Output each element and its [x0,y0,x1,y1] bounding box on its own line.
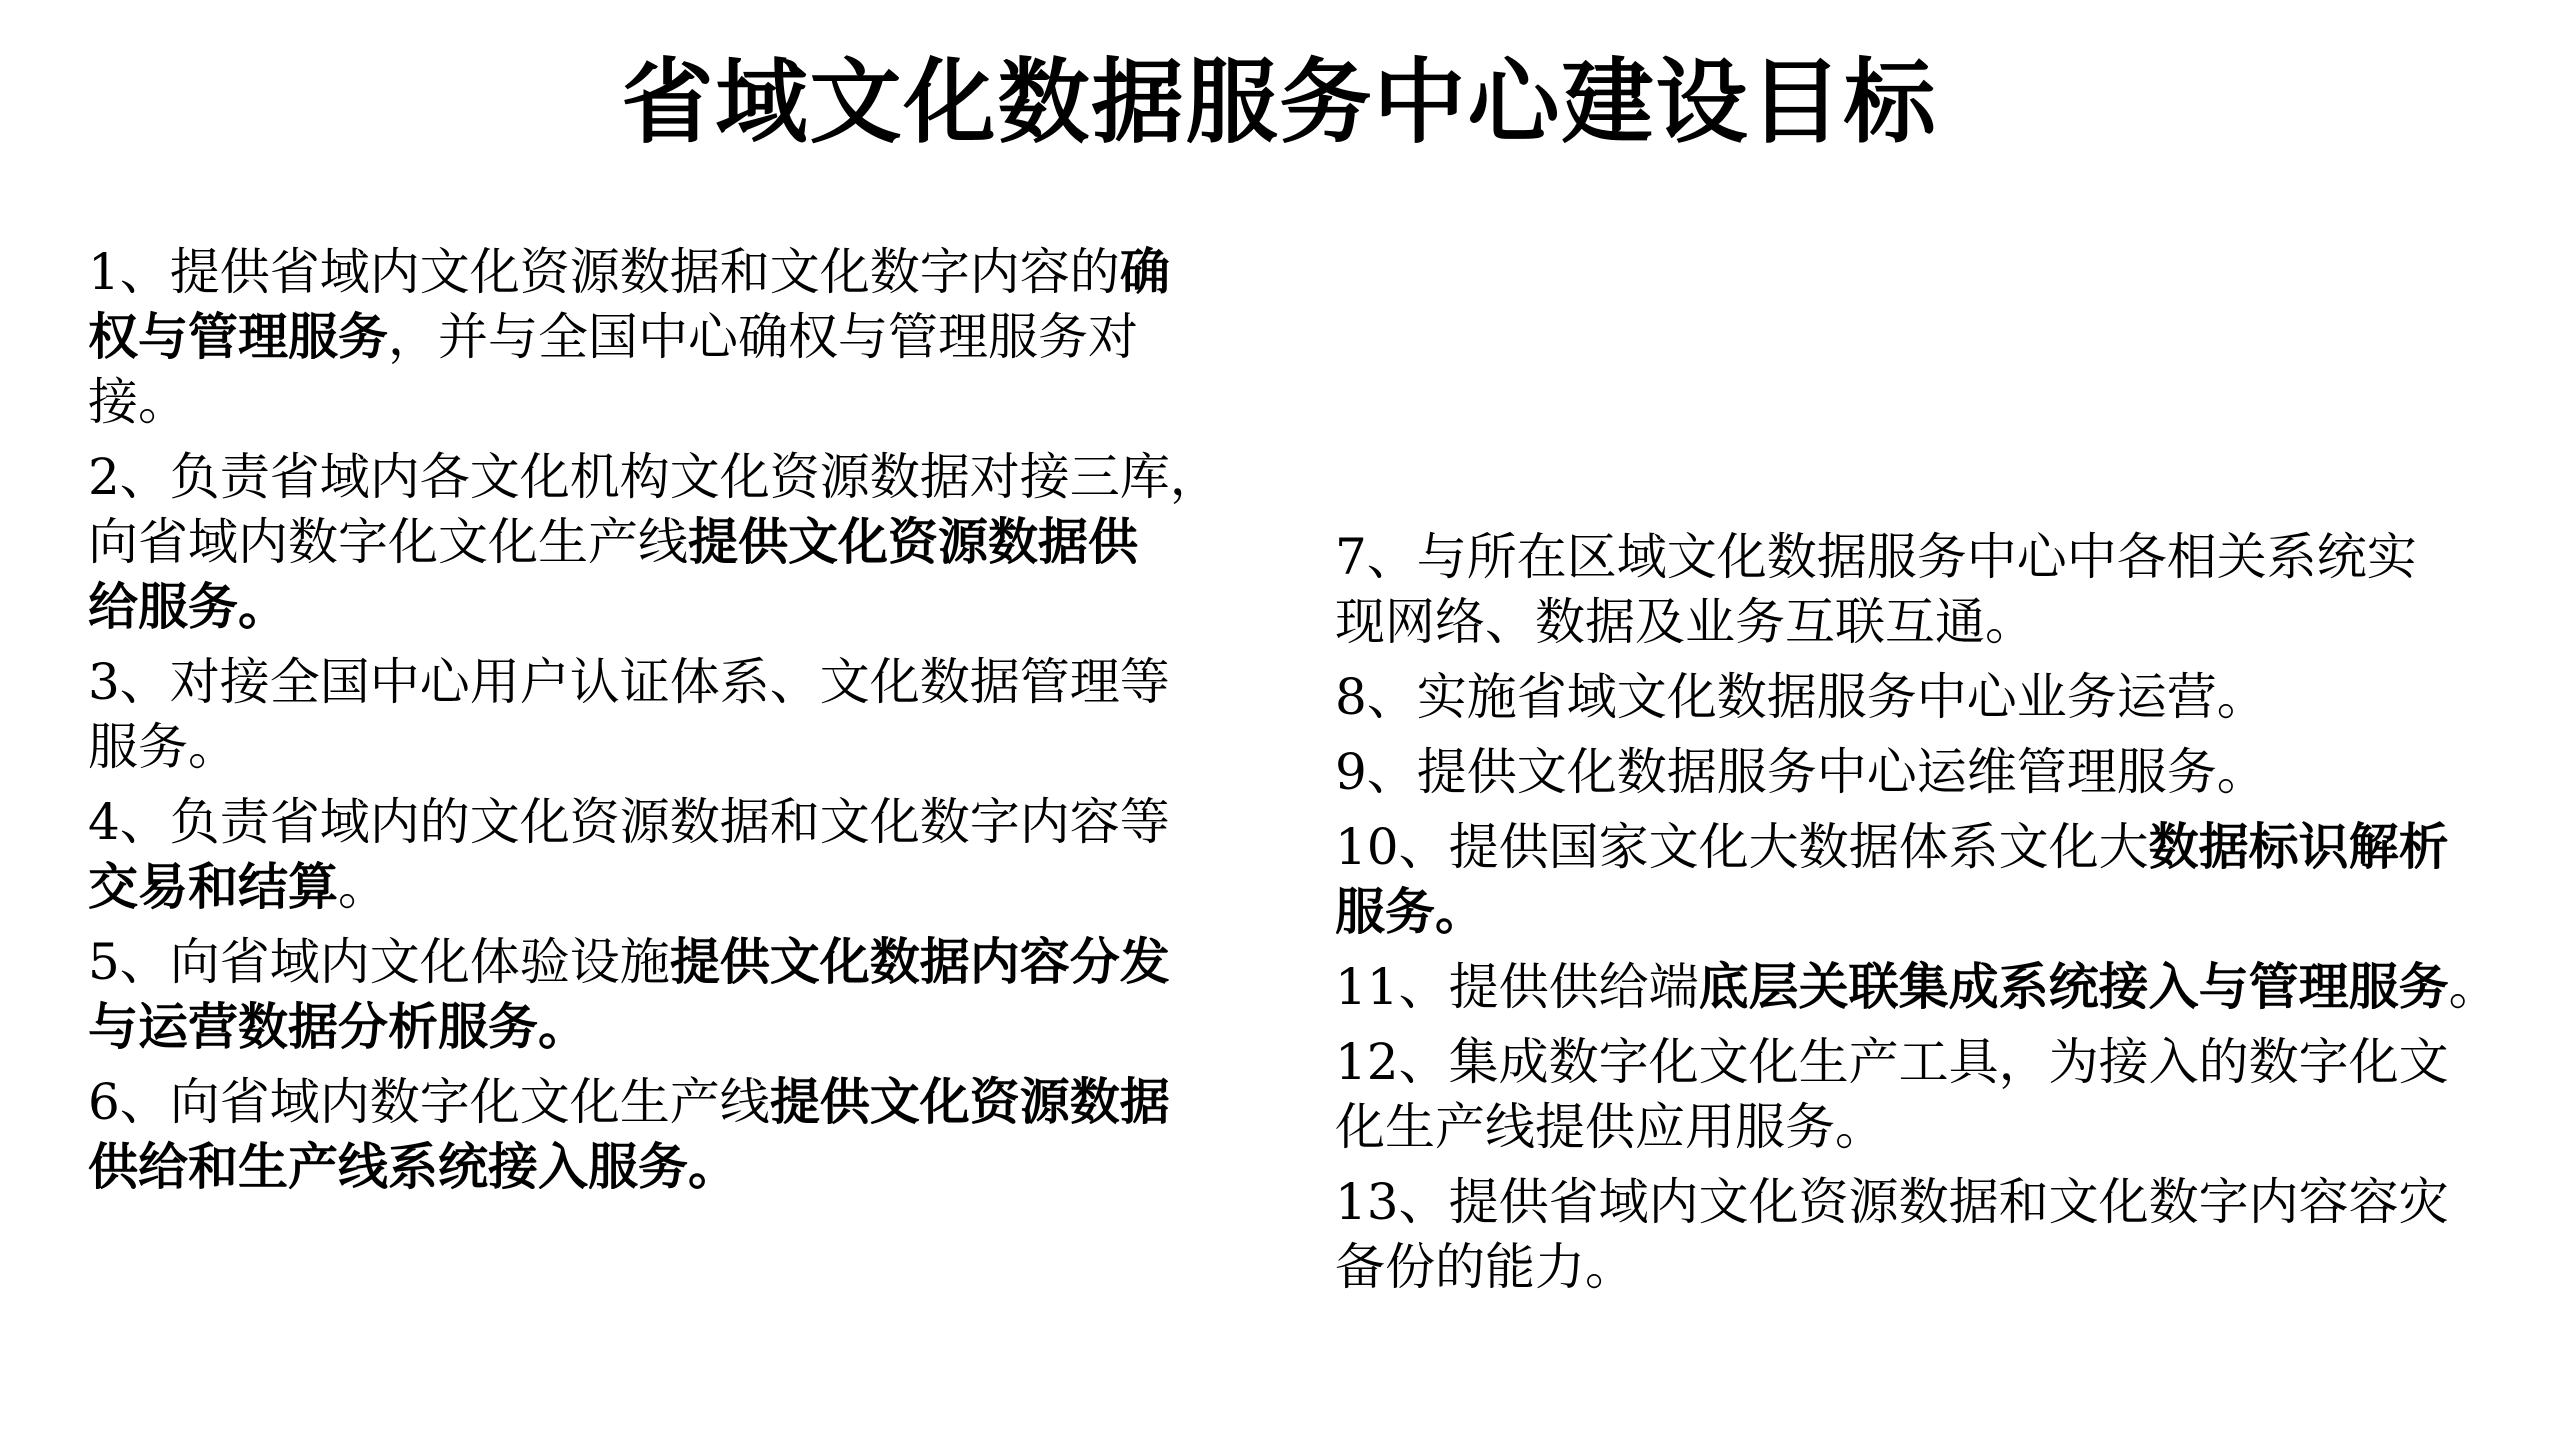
goal-item-line: 与运营数据分析服务。 [88,995,1288,1060]
goal-item-line: 7、与所在区域文化数据服务中心中各相关系统实 [1335,525,2559,590]
goal-text-bold: 确 [1120,243,1170,301]
page-title: 省域文化数据服务中心建设目标 [0,38,2559,168]
goal-text: 12、集成数字化文化生产工具，为接入的数字化文 [1335,1033,2449,1091]
item-spacer [88,640,1288,650]
goal-text-bold: 给服务。 [88,578,288,636]
goal-item-line: 服务。 [88,715,1288,780]
goal-item-line: 8、实施省域文化数据服务中心业务运营。 [1335,665,2559,730]
goal-item: 7、与所在区域文化数据服务中心中各相关系统实现网络、数据及业务互联互通。 [1335,525,2559,655]
goal-text-bold: 权与管理服务 [88,308,388,366]
goal-item-line: 2、负责省域内各文化机构文化资源数据对接三库， [88,445,1288,510]
goal-text: 向省域内数字化文化生产线 [88,513,688,571]
goal-text: 化生产线提供应用服务。 [1335,1098,1885,1156]
goal-text-bold: 数据标识解析 [2149,818,2449,876]
goal-item-line: 13、提供省域内文化资源数据和文化数字内容容灾 [1335,1170,2559,1235]
goal-text: ，并与全国中心确权与管理服务对 [388,308,1138,366]
goal-item-line: 交易和结算。 [88,855,1288,920]
item-spacer [88,920,1288,930]
goal-item-line: 现网络、数据及业务互联互通。 [1335,590,2559,655]
item-spacer [88,1200,1288,1210]
goal-text: 。 [2449,958,2499,1016]
goal-item-line: 备份的能力。 [1335,1235,2559,1300]
goal-item-line: 12、集成数字化文化生产工具，为接入的数字化文 [1335,1030,2559,1095]
goal-item: 11、提供供给端底层关联集成系统接入与管理服务。 [1335,955,2559,1020]
item-spacer [1335,1300,2559,1310]
goal-item: 10、提供国家文化大数据体系文化大数据标识解析服务。 [1335,815,2559,945]
goal-item-line: 接。 [88,370,1288,435]
goal-text: 服务。 [88,718,238,776]
goal-text: 7、与所在区域文化数据服务中心中各相关系统实 [1335,528,2417,586]
goal-text: 8、实施省域文化数据服务中心业务运营。 [1335,668,2267,726]
goal-item-line: 化生产线提供应用服务。 [1335,1095,2559,1160]
goal-item: 8、实施省域文化数据服务中心业务运营。 [1335,665,2559,730]
goal-item-line: 给服务。 [88,575,1288,640]
goals-right-column: 7、与所在区域文化数据服务中心中各相关系统实现网络、数据及业务互联互通。8、实施… [1335,525,2559,1310]
goal-item: 5、向省域内文化体验设施提供文化数据内容分发与运营数据分析服务。 [88,930,1288,1060]
goal-text-bold: 与运营数据分析服务。 [88,998,588,1056]
goal-item: 4、负责省域内的文化资源数据和文化数字内容等交易和结算。 [88,790,1288,920]
goal-item: 6、向省域内数字化文化生产线提供文化资源数据供给和生产线系统接入服务。 [88,1070,1288,1200]
goal-text: 1、提供省域内文化资源数据和文化数字内容的 [88,243,1120,301]
goal-text: 现网络、数据及业务互联互通。 [1335,593,2035,651]
goal-item-line: 4、负责省域内的文化资源数据和文化数字内容等 [88,790,1288,855]
goal-item: 9、提供文化数据服务中心运维管理服务。 [1335,740,2559,805]
goal-item-line: 5、向省域内文化体验设施提供文化数据内容分发 [88,930,1288,995]
goal-text-bold: 底层关联集成系统接入与管理服务 [1699,958,2449,1016]
goal-text: 10、提供国家文化大数据体系文化大 [1335,818,2149,876]
goal-item-line: 权与管理服务，并与全国中心确权与管理服务对 [88,305,1288,370]
goal-item: 2、负责省域内各文化机构文化资源数据对接三库，向省域内数字化文化生产线提供文化资… [88,445,1288,640]
goal-item: 3、对接全国中心用户认证体系、文化数据管理等服务。 [88,650,1288,780]
goal-text: 6、向省域内数字化文化生产线 [88,1073,770,1131]
goals-left-column: 1、提供省域内文化资源数据和文化数字内容的确权与管理服务，并与全国中心确权与管理… [88,240,1288,1210]
goal-item-line: 11、提供供给端底层关联集成系统接入与管理服务。 [1335,955,2559,1020]
goal-item-line: 供给和生产线系统接入服务。 [88,1135,1288,1200]
item-spacer [1335,1020,2559,1030]
item-spacer [88,435,1288,445]
goal-text-bold: 提供文化资源数据供 [688,513,1138,571]
goal-text-bold: 服务。 [1335,883,1485,941]
goal-text: 9、提供文化数据服务中心运维管理服务。 [1335,743,2267,801]
goal-text: 3、对接全国中心用户认证体系、文化数据管理等 [88,653,1170,711]
goal-text: 5、向省域内文化体验设施 [88,933,670,991]
item-spacer [88,1060,1288,1070]
goal-text: 接。 [88,373,188,431]
goal-text: 4、负责省域内的文化资源数据和文化数字内容等 [88,793,1170,851]
goal-item: 13、提供省域内文化资源数据和文化数字内容容灾备份的能力。 [1335,1170,2559,1300]
item-spacer [88,780,1288,790]
goal-item-line: 3、对接全国中心用户认证体系、文化数据管理等 [88,650,1288,715]
goal-item-line: 1、提供省域内文化资源数据和文化数字内容的确 [88,240,1288,305]
goal-item-line: 服务。 [1335,880,2559,945]
goal-text-bold: 提供文化资源数据 [770,1073,1170,1131]
goal-text: 2、负责省域内各文化机构文化资源数据对接三库， [88,448,1220,506]
item-spacer [1335,945,2559,955]
goal-text-bold: 提供文化数据内容分发 [670,933,1170,991]
goal-item: 12、集成数字化文化生产工具，为接入的数字化文化生产线提供应用服务。 [1335,1030,2559,1160]
goal-item-line: 9、提供文化数据服务中心运维管理服务。 [1335,740,2559,805]
item-spacer [1335,730,2559,740]
goal-text-bold: 供给和生产线系统接入服务。 [88,1138,738,1196]
goal-text: 备份的能力。 [1335,1238,1635,1296]
goal-text: 。 [338,858,388,916]
item-spacer [1335,655,2559,665]
goal-text: 11、提供供给端 [1335,958,1699,1016]
goal-text-bold: 交易和结算 [88,858,338,916]
goal-item-line: 6、向省域内数字化文化生产线提供文化资源数据 [88,1070,1288,1135]
item-spacer [1335,1160,2559,1170]
item-spacer [1335,805,2559,815]
goal-item-line: 10、提供国家文化大数据体系文化大数据标识解析 [1335,815,2559,880]
goal-item-line: 向省域内数字化文化生产线提供文化资源数据供 [88,510,1288,575]
goal-text: 13、提供省域内文化资源数据和文化数字内容容灾 [1335,1173,2449,1231]
goal-item: 1、提供省域内文化资源数据和文化数字内容的确权与管理服务，并与全国中心确权与管理… [88,240,1288,435]
